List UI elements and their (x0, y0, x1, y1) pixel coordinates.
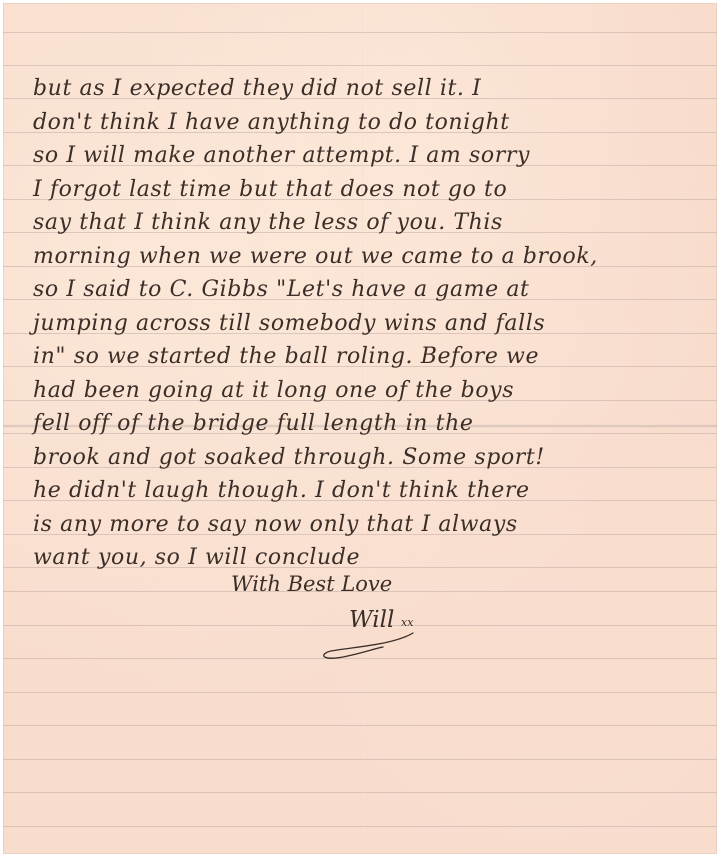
letter-line: so I will make another attempt. I am sor… (33, 145, 530, 167)
letter-line: he didn't laugh though. I don't think th… (33, 480, 530, 502)
letter-line: had been going at it long one of the boy… (33, 380, 514, 402)
letter-line: say that I think any the less of you. Th… (33, 212, 503, 234)
letter-line: in" so we started the ball roling. Befor… (33, 346, 539, 368)
letter-line: but as I expected they did not sell it. … (33, 78, 481, 100)
letter-line: brook and got soaked through. Some sport… (33, 447, 545, 469)
ruled-line (3, 692, 717, 693)
ruled-line (3, 725, 717, 726)
letter-line: don't think I have anything to do tonigh… (33, 112, 510, 134)
letter-line: jumping across till somebody wins and fa… (33, 313, 545, 335)
ruled-line (3, 32, 717, 33)
closing-salutation: With Best Love (231, 574, 392, 595)
ruled-line (3, 792, 717, 793)
letter-line: fell off of the bridge full length in th… (33, 413, 473, 435)
signature-kisses: xx (401, 617, 413, 628)
ruled-line (3, 65, 717, 66)
ruled-line (3, 826, 717, 827)
signature: Will (349, 609, 394, 632)
signature-flourish-icon (313, 631, 433, 661)
letter-line: is any more to say now only that I alway… (33, 514, 518, 536)
letter-line: want you, so I will conclude (33, 547, 360, 569)
letter-line: so I said to C. Gibbs "Let's have a game… (33, 279, 530, 301)
letter-line: morning when we were out we came to a br… (33, 246, 598, 268)
letter-paper: but as I expected they did not sell it. … (3, 3, 717, 854)
ruled-line (3, 759, 717, 760)
letter-line: I forgot last time but that does not go … (33, 179, 507, 201)
